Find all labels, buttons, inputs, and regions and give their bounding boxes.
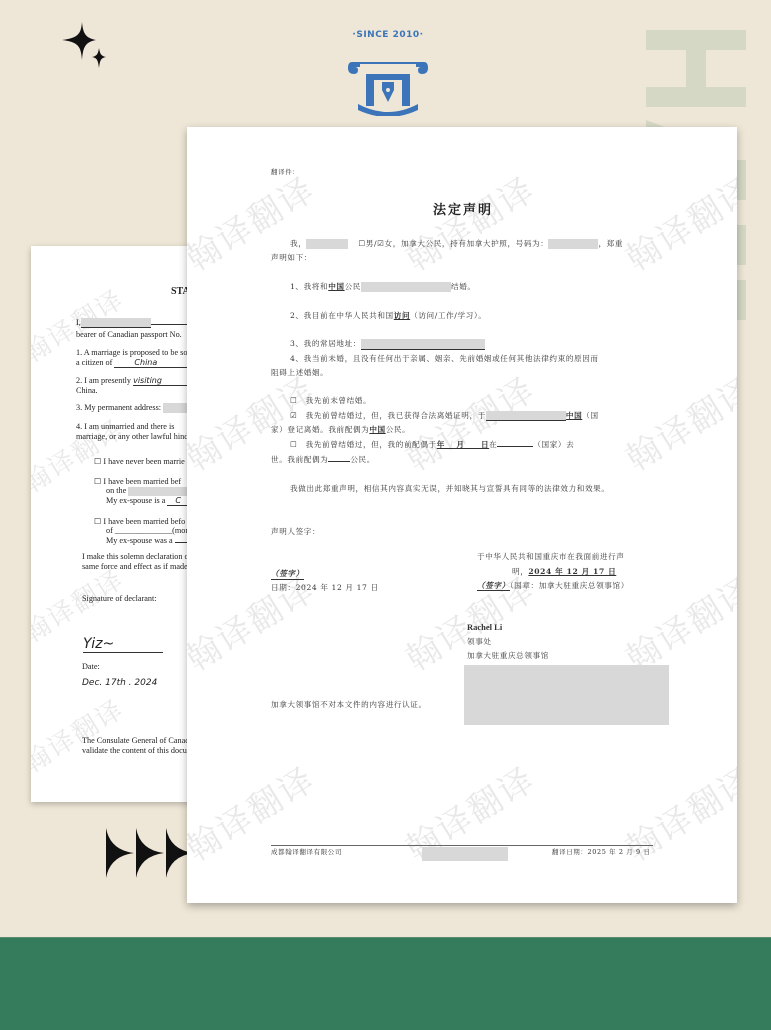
intro-line-2: 声明如下： — [271, 252, 312, 263]
original-item2-b: China. — [76, 386, 98, 395]
signature-right: （签字）（国章：加拿大驻重庆总领事馆） — [477, 580, 629, 591]
item-4-b: 阻碍上述婚姻。 — [271, 367, 328, 378]
option-2-b: 家）登记离婚。我前配偶为中国公民。 — [271, 424, 410, 435]
disclaimer: 加拿大领事馆不对本文件的内容进行认证。 — [271, 699, 427, 710]
option-2: ☑ 我先前曾结婚过，但，我已获得合法离婚证明，于中国（国 — [290, 410, 599, 421]
original-item1-b: a citizen of China — [76, 358, 194, 368]
original-item4-b: marriage, or any other lawful hind — [76, 432, 188, 441]
redacted-divorce-date — [486, 411, 566, 421]
option-3: ☐ 我先前曾结婚过，但，我的前配偶于年 月 日在（国家）去 — [290, 439, 574, 450]
signer-label: 声明人签字： — [271, 526, 320, 537]
original-item1-a: 1. A marriage is proposed to be so — [76, 348, 187, 357]
redacted-partner — [361, 282, 451, 292]
company-logo: ·SINCE 2010· — [338, 30, 438, 120]
date-left: 日期：2024 年 12 月 17 日 — [271, 582, 379, 593]
original-option-2-c: My ex-spouse is a C — [106, 496, 197, 506]
original-option-2: ☐ I have been married bef — [94, 476, 181, 486]
original-option-3-b: of ______________(mor — [106, 526, 188, 535]
original-date: Dec. 17th . 2024 — [82, 678, 157, 688]
original-solemn-b: same force and effect as if made — [82, 562, 188, 571]
original-consulate-b: validate the content of this documen — [82, 746, 201, 755]
original-signature: Yiz~ — [83, 636, 163, 653]
watermark: 翰译翻译 — [615, 563, 737, 681]
official-title: 领事处 — [467, 636, 492, 647]
watermark: 翰译翻译 — [395, 363, 543, 481]
watermark: 翰译翻译 — [615, 163, 737, 281]
original-solemn-a: I make this solemn declaration c — [82, 552, 188, 561]
watermark: 翰译翻译 — [615, 363, 737, 481]
redacted-passport — [548, 239, 598, 249]
footer-company: 成都翰译翻译有限公司 — [271, 847, 342, 856]
item-3: 3、我的常居地址： — [290, 338, 485, 350]
option-1: ☐ 我先前未曾结婚。 — [290, 395, 371, 406]
footer-divider — [271, 845, 653, 846]
original-option-3: ☐ I have been married befo — [94, 516, 185, 526]
watermark: 翰译翻译 — [187, 563, 323, 681]
official-name: Rachel Li — [467, 622, 502, 632]
bottom-color-band — [0, 937, 771, 1030]
option-3-b: 世。我前配偶为公民。 — [271, 454, 375, 465]
solemn-statement: 我做出此郑重声明，相信其内容真实无误，并知晓其与宣誓具有同等的法律效力和效果。 — [290, 483, 610, 494]
original-item3: 3. My permanent address: — [76, 403, 201, 413]
checkbox-checked: ☑ — [290, 411, 297, 420]
redacted-footer — [422, 847, 508, 861]
original-item2-a: 2. I am presently visiting — [76, 376, 193, 386]
watermark: 翰译翻译 — [31, 689, 130, 780]
redacted-seal-area — [464, 665, 669, 725]
translation-document-page: 翰译翻译 翰译翻译 翰译翻译 翰译翻译 翰译翻译 翰译翻译 翰译翻译 翰译翻译 … — [187, 127, 737, 903]
item-1: 1、我将和中国公民结婚。 — [290, 281, 476, 292]
translation-title: 法定声明 — [433, 199, 493, 218]
checkbox-unchecked: ☐ — [290, 396, 297, 405]
original-document-page: 翰译翻译 翰译翻译 翰译翻译 翰译翻译 STA I, bearer of Can… — [31, 246, 201, 802]
watermark: 翰译翻译 — [395, 163, 543, 281]
signature-left: （签字） — [271, 568, 304, 580]
sparkle-icon — [58, 20, 114, 76]
intro-line: 我，☐男/☑女，加拿大公民，持有加拿大护照，号码为：，郑重 — [290, 238, 623, 249]
pillar-pen-icon — [344, 54, 432, 116]
logo-since-text: ·SINCE 2010· — [338, 30, 438, 40]
declared-line-2: 明，2024 年 12 月 17 日 — [512, 566, 616, 577]
original-date-label: Date: — [82, 662, 100, 671]
item-2: 2、我目前在中华人民共和国访问（访问/工作/学习）。 — [290, 310, 486, 321]
original-line-i: I, — [76, 318, 201, 328]
original-option-1: ☐ I have never been marrie — [94, 456, 185, 466]
checkbox-unchecked: ☐ — [290, 440, 297, 449]
original-option-2-b: on the — [106, 486, 188, 496]
official-org: 加拿大驻重庆总领事馆 — [467, 650, 549, 661]
original-item4-a: 4. I am unmarried and there is — [76, 422, 174, 431]
translation-header-label: 翻译件： — [271, 167, 299, 176]
original-bearer: bearer of Canadian passport No. — [76, 330, 182, 339]
item-4-a: 4、我当前未婚，且没有任何出于亲属、姻亲、先前婚姻或任何其他法律约束的原因而 — [290, 353, 599, 364]
original-signature-label: Signature of declarant: — [82, 594, 157, 603]
original-consulate-a: The Consulate General of Canada d — [82, 736, 199, 745]
redacted-address — [361, 339, 485, 350]
redacted-name — [306, 239, 348, 249]
declared-line-1: 于中华人民共和国重庆市在我面前进行声 — [477, 551, 625, 562]
footer-date: 翻译日期：2025 年 2 月 9 日 — [552, 847, 651, 856]
